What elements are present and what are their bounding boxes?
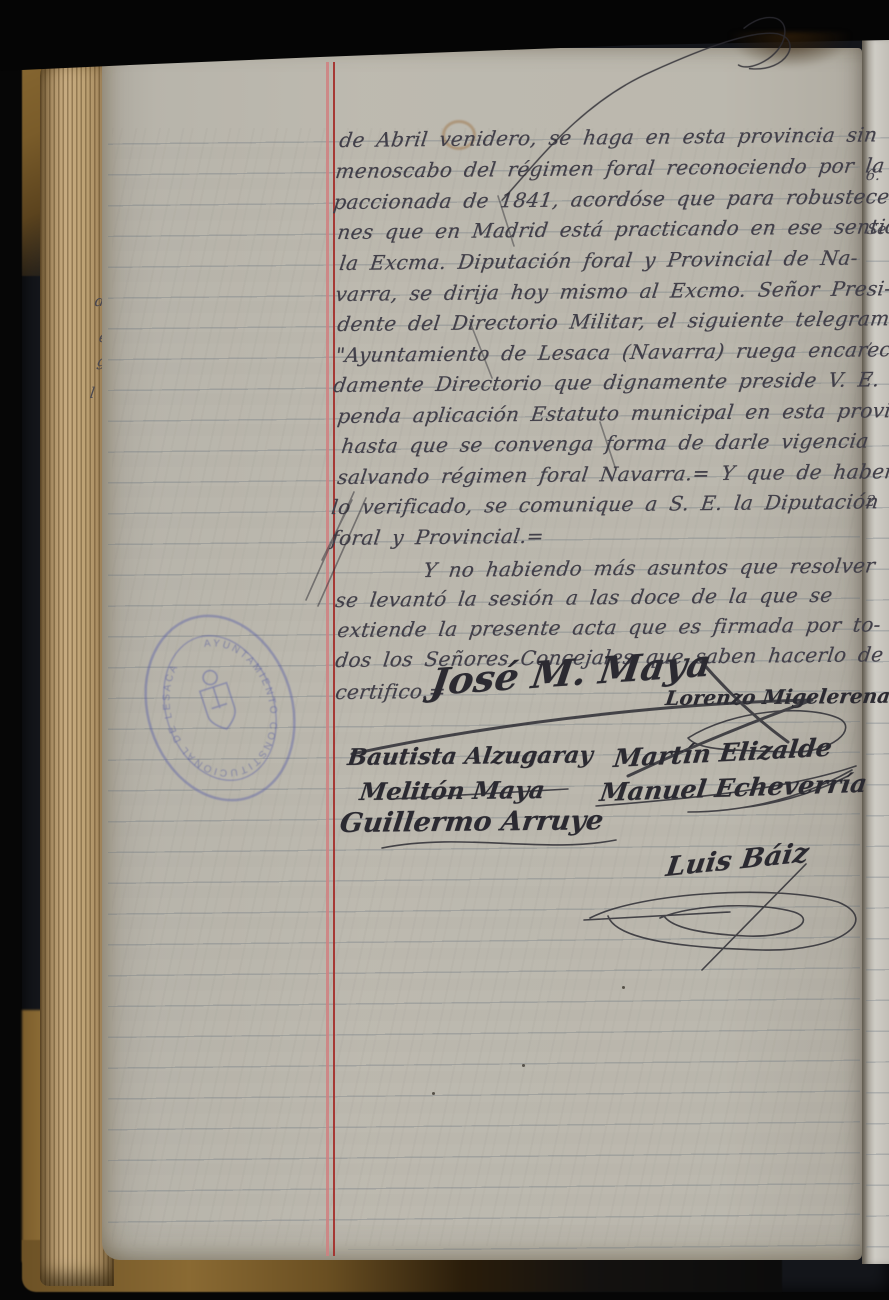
manuscript-line: Y no habiendo más asuntos que resolver xyxy=(422,553,877,582)
signature-lorenzo-migelerena: Lorenzo Migelerena xyxy=(664,684,889,710)
manuscript-line: foral y Provincial.= xyxy=(330,524,545,550)
burn-smudge-top xyxy=(730,32,850,68)
stamp-text: AYUNTAMIENTO CONSTITUCIONAL DE LESACA xyxy=(144,623,296,793)
manuscript-book-photo: d e g l 6. Se , , 2 de Abril venidero, s… xyxy=(0,0,889,1300)
stamp-crest-icon xyxy=(195,667,240,734)
ink-speck xyxy=(622,986,625,989)
ink-speck xyxy=(432,1092,435,1095)
municipal-stamp: AYUNTAMIENTO CONSTITUCIONAL DE LESACA xyxy=(120,596,320,820)
signature-guillermo-arruye: Guillermo Arruye xyxy=(338,805,605,839)
signature-bautista-alzugaray: Bautista Alzugaray xyxy=(346,741,595,771)
margin-rule-outer xyxy=(326,62,329,1256)
stamp-graphic: AYUNTAMIENTO CONSTITUCIONAL DE LESACA xyxy=(120,596,320,820)
ink-speck xyxy=(522,1064,525,1067)
signature-meliton-maya: Melitón Maya xyxy=(358,775,547,806)
svg-text:AYUNTAMIENTO CONSTITUCIONAL DE: AYUNTAMIENTO CONSTITUCIONAL DE LESACA xyxy=(144,623,296,793)
